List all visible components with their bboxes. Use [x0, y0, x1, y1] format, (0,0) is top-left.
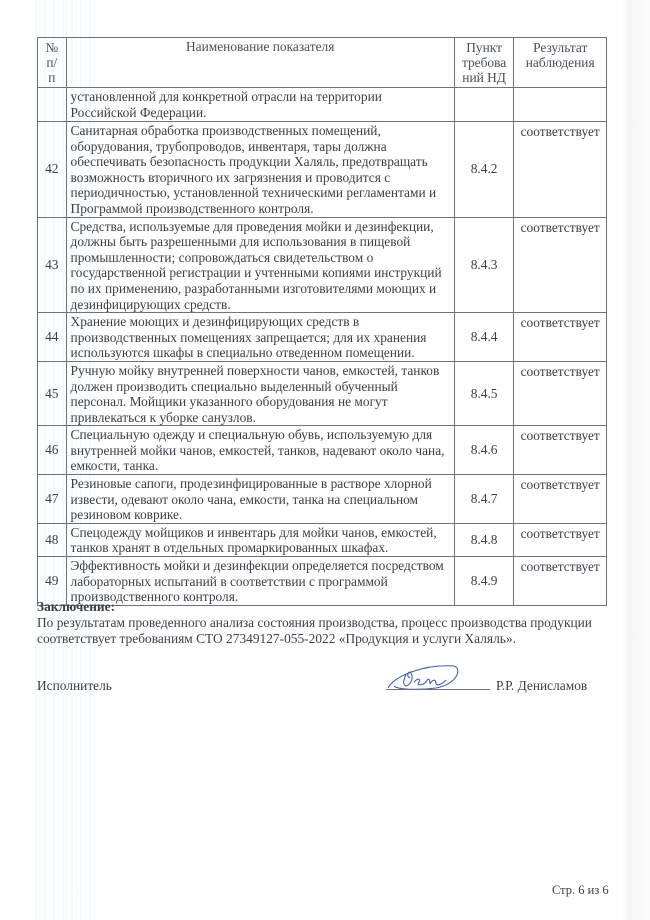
- table-row: 45Ручную мойку внутренней поверхности ча…: [38, 361, 607, 425]
- cell-result: соответствует: [514, 523, 607, 556]
- conclusion-block: Заключение: По результатам проведенного …: [37, 599, 617, 647]
- cell-name: Эффективность мойки и дезинфекции опреде…: [66, 557, 454, 606]
- header-result: Результатнаблюдения: [514, 38, 607, 88]
- cell-result: соответствует: [514, 475, 607, 524]
- cell-clause: 8.4.8: [454, 523, 514, 556]
- table-row-continuation: установленной для конкретной отрасли на …: [38, 88, 607, 122]
- cell-clause: 8.4.5: [454, 361, 514, 425]
- cell-name: установленной для конкретной отрасли на …: [66, 88, 454, 122]
- page-number: Стр. 6 из 6: [552, 883, 609, 898]
- cell-result: соответствует: [514, 361, 607, 425]
- cell-num: [38, 88, 67, 122]
- cell-num: 42: [38, 122, 67, 218]
- cell-num: 46: [38, 426, 67, 475]
- table-row: 49Эффективность мойки и дезинфекции опре…: [38, 557, 607, 606]
- cell-num: 49: [38, 557, 67, 606]
- cell-name: Резиновые сапоги, продезинфицированные в…: [66, 475, 454, 524]
- cell-name: Спецодежду мойщиков и инвентарь для мойк…: [66, 523, 454, 556]
- executor-name: Р.Р. Денисламов: [496, 678, 587, 694]
- cell-clause: 8.4.6: [454, 426, 514, 475]
- requirements-table: №п/п Наименование показателя Пункттребов…: [37, 37, 607, 606]
- signature-line: [386, 689, 490, 690]
- table-row: 42Санитарная обработка производственных …: [38, 122, 607, 218]
- table-header-row: №п/п Наименование показателя Пункттребов…: [38, 38, 607, 88]
- header-name: Наименование показателя: [66, 38, 454, 88]
- header-clause: Пункттребований НД: [454, 38, 514, 88]
- scan-edge: [620, 0, 650, 920]
- cell-num: 43: [38, 217, 67, 313]
- cell-clause: 8.4.7: [454, 475, 514, 524]
- table-row: 47Резиновые сапоги, продезинфицированные…: [38, 475, 607, 524]
- cell-name: Ручную мойку внутренней поверхности чано…: [66, 361, 454, 425]
- header-num: №п/п: [38, 38, 67, 88]
- cell-num: 44: [38, 313, 67, 362]
- executor-label: Исполнитель: [37, 678, 112, 694]
- cell-clause: [454, 88, 514, 122]
- cell-result: соответствует: [514, 426, 607, 475]
- cell-name: Санитарная обработка производственных по…: [66, 122, 454, 218]
- conclusion-title: Заключение:: [37, 599, 617, 615]
- cell-name: Хранение моющих и дезинфицирующих средст…: [66, 313, 454, 362]
- cell-num: 47: [38, 475, 67, 524]
- cell-clause: 8.4.9: [454, 557, 514, 606]
- cell-num: 45: [38, 361, 67, 425]
- cell-result: соответствует: [514, 557, 607, 606]
- cell-result: [514, 88, 607, 122]
- cell-name: Специальную одежду и специальную обувь, …: [66, 426, 454, 475]
- cell-result: соответствует: [514, 122, 607, 218]
- cell-clause: 8.4.4: [454, 313, 514, 362]
- cell-name: Средства, используемые для проведения мо…: [66, 217, 454, 313]
- cell-result: соответствует: [514, 217, 607, 313]
- cell-clause: 8.4.3: [454, 217, 514, 313]
- conclusion-text: По результатам проведенного анализа сост…: [37, 615, 617, 647]
- table-row: 48Спецодежду мойщиков и инвентарь для мо…: [38, 523, 607, 556]
- table-row: 43Средства, используемые для проведения …: [38, 217, 607, 313]
- table-row: 44Хранение моющих и дезинфицирующих сред…: [38, 313, 607, 362]
- signature-mark: [384, 662, 464, 692]
- cell-result: соответствует: [514, 313, 607, 362]
- table-row: 46Специальную одежду и специальную обувь…: [38, 426, 607, 475]
- cell-clause: 8.4.2: [454, 122, 514, 218]
- cell-num: 48: [38, 523, 67, 556]
